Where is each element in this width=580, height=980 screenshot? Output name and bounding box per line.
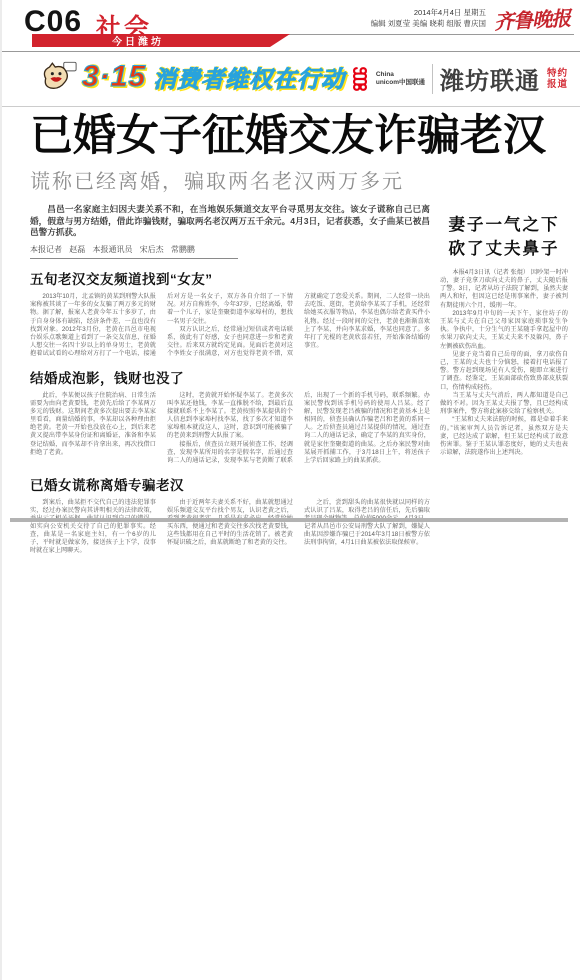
section-heading: 结婚成泡影，钱财也没了 <box>30 367 430 387</box>
section-body: 到案后，曲某拒不交代自己的违法犯罪事实，经过办案民警向其讲明相关的法律政策，并出… <box>30 499 430 556</box>
sponsor-tag-line2: 报道 <box>547 79 568 90</box>
article-section-3: 已婚女谎称离婚专骗老汉 到案后，曲某拒不交代自己的违法犯罪事实，经过办案民警向其… <box>30 474 430 556</box>
article-paragraph: 由于近两年夫妻关系不好，曲某就想通过娱乐频道交友平台找个男友，认识老黄之后，看到… <box>167 499 293 548</box>
article-paragraph: 此后，李某便以孩子住院治病、日常生活需要为由向老黄要钱，老黄先后给了李某两万多元… <box>30 392 156 457</box>
side-article: 妻子一气之下 砍了丈夫鼻子 本报4月3日讯（记者 张焜） 因吵架一时冲动，妻子竟… <box>440 202 568 556</box>
main-article: 昌邑一名家庭主妇因夫妻关系不和，在当地娱乐频道交友平台寻觅男友交往。该女子谎称自… <box>30 202 430 556</box>
sponsor-tag-line1: 特约 <box>547 68 568 79</box>
sponsor-tagline: 特约 报道 <box>547 68 568 90</box>
article-paragraph: 见妻子竟当着自己岳母的面，拿刀砍伤自己，王某的丈夫也十分恼怒，接着打电话报了警。… <box>440 351 568 392</box>
date-line: 2014年4月4日 星期五 <box>371 8 486 19</box>
issue-info: 2014年4月4日 星期五 编辑 刘夏莹 美编 晓莉 组版 曹庆国 <box>371 8 486 29</box>
masthead-rule <box>257 34 574 35</box>
sub-headline: 谎称已经离婚，骗取两名老汉两万多元 <box>30 165 566 194</box>
edition-banner: 今日潍坊 <box>32 34 290 47</box>
campaign-banner: 3·15 消费者维权在行动 <box>40 60 345 94</box>
sponsor-name: 潍坊联通 <box>440 61 540 96</box>
side-title-line2: 砍了丈夫鼻子 <box>449 240 560 258</box>
page-code: C06 <box>24 5 82 39</box>
newspaper-page: C06 社会 今日潍坊 2014年4月4日 星期五 编辑 刘夏莹 美编 晓莉 组… <box>0 0 580 980</box>
banner-row: 3·15 消费者维权在行动 China unicom中国联通 <box>2 52 580 107</box>
lead-paragraph: 昌邑一名家庭主妇因夫妻关系不和，在当地娱乐频道交友平台寻觅男友交往。该女子谎称自… <box>30 204 430 239</box>
article-paragraph: 本报4月3日讯（记者 张焜） 因吵架一时冲动，妻子竟拿刀砍向丈夫的鼻子，丈夫随后… <box>440 269 568 310</box>
article-paragraph: 2013年9月中旬的一天下午，家住坊子的王某与丈夫在自己父母家因家庭琐事发生争执… <box>440 310 568 351</box>
staff-line: 编辑 刘夏莹 美编 晓莉 组版 曹庆国 <box>371 19 486 30</box>
byline: 本报记者 赵磊 本报通讯员 宋后杰 常鹏鹏 <box>30 244 238 259</box>
edition-label: 今日潍坊 <box>32 33 164 48</box>
side-article-title: 妻子一气之下 砍了丈夫鼻子 <box>440 214 568 262</box>
content-area: 昌邑一名家庭主妇因夫妻关系不和，在当地娱乐频道交友平台寻觅男友交往。该女子谎称自… <box>30 202 566 556</box>
article-section-1: 五旬老汉交友频道找到“女友” 2013年10月，北孟镇的黄某到刑警大队报案称被其… <box>30 268 430 358</box>
vertical-divider <box>432 64 433 94</box>
article-paragraph: 到案后，曲某拒不交代自己的违法犯罪事实，经过办案民警向其讲明相关的法律政策，并出… <box>30 499 156 556</box>
unicom-logo: China unicom中国联通 <box>347 66 425 92</box>
unicom-logo-text: China unicom中国联通 <box>376 71 425 86</box>
newspaper-logo: 齐鲁晚报 <box>487 2 576 36</box>
article-section-2: 结婚成泡影，钱财也没了 此后，李某便以孩子住院治病、日常生活需要为由向老黄要钱，… <box>30 367 430 465</box>
mascot-icon <box>40 61 78 94</box>
campaign-number: 3·15 <box>82 60 146 94</box>
article-paragraph: 这时，老黄就开始怀疑李某了。老黄多次叫李某还他钱，李某一直推脱不给，到最后直接就… <box>167 392 293 441</box>
campaign-slogan: 消费者维权在行动 <box>153 61 345 94</box>
section-body: 2013年10月，北孟镇的黄某到刑警大队报案称被其谈了一年多的女友骗了两万多元的… <box>30 293 430 358</box>
bottom-rule <box>10 518 568 522</box>
main-headline: 已婚女子征婚交友诈骗老汉 <box>30 115 566 159</box>
unicom-logo-line2: unicom中国联通 <box>376 79 425 87</box>
section-body: 此后，李某便以孩子住院治病、日常生活需要为由向老黄要钱，老黄先后给了李某两万多元… <box>30 392 430 465</box>
article-paragraph: 当王某与丈夫气消后，两人都知道是自己做的不对。因为王某丈夫报了警，且已经构成刑事… <box>440 392 568 417</box>
article-paragraph: 之后，尝到甜头的曲某很快就以同样的方式认识了吕某，取得老吕的信任后，先后骗取老吕… <box>304 499 430 548</box>
section-heading: 五旬老汉交友频道找到“女友” <box>30 268 430 288</box>
article-paragraph: “王某和丈夫来法院的时候，都是牵着手来的。”该案审判人员告诉记者，虽然双方是夫妻… <box>440 416 568 457</box>
masthead: C06 社会 今日潍坊 2014年4月4日 星期五 编辑 刘夏莹 美编 晓莉 组… <box>2 0 580 52</box>
side-article-body: 本报4月3日讯（记者 张焜） 因吵架一时冲动，妻子竟拿刀砍向丈夫的鼻子，丈夫随后… <box>440 269 568 458</box>
unicom-logo-line1: China <box>376 71 425 79</box>
unicom-knot-icon <box>347 66 373 92</box>
side-title-line1: 妻子一气之下 <box>449 216 560 234</box>
sponsor-banner: China unicom中国联通 潍坊联通 特约 报道 <box>347 61 568 96</box>
section-heading: 已婚女谎称离婚专骗老汉 <box>30 474 430 494</box>
